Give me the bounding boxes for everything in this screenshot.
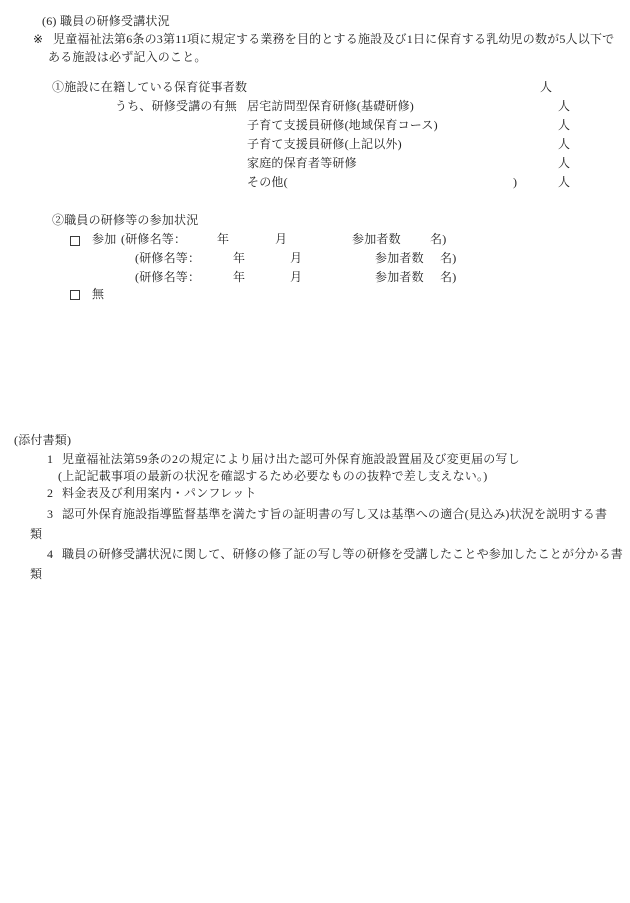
month-label: 月 (290, 271, 302, 284)
year-label: 年 (217, 233, 229, 246)
participant-count-suffix: 名) (440, 271, 456, 284)
attachment-item-text: 児童福祉法第59条の2の規定により届け出た認可外保育施設設置届及び変更届の写し (62, 453, 520, 466)
attachment-item-number: 4 (47, 548, 53, 561)
attend-label: 参加 (92, 233, 116, 246)
training-row-other-close-paren: ) (513, 176, 517, 189)
training-row-unit: 人 (558, 100, 570, 113)
training-row-unit: 人 (558, 176, 570, 189)
attachment-item-text-continued: (上記記載事項の最新の状況を確認するため必要なものの抜粋で差し支えない。) (58, 470, 487, 483)
training-row-unit: 人 (558, 157, 570, 170)
participant-count-label: 参加者数 (375, 271, 424, 284)
attachment-item-text: 職員の研修受講状況に関して、研修の修了証の写し等の研修を受講したことや参加したこ… (62, 548, 623, 561)
attachments-heading: (添付書類) (14, 434, 71, 447)
attachment-item-text-continued: 類 (30, 568, 42, 581)
none-label: 無 (92, 288, 104, 301)
training-row-unit: 人 (558, 119, 570, 132)
training-name-label: (研修名等： (121, 233, 186, 246)
attachment-item-text-continued: 類 (30, 528, 42, 541)
training-row-label-other: その他( (247, 176, 288, 189)
document-page: (6) 職員の研修受講状況 ※ 児童福祉法第6条の3第11項に規定する業務を目的… (0, 0, 630, 903)
participant-count-label: 参加者数 (352, 233, 401, 246)
staff-count-unit: 人 (540, 81, 552, 94)
attachment-item-number: 2 (47, 487, 53, 500)
training-row-label: 子育て支援員研修(上記以外) (247, 138, 402, 151)
year-label: 年 (233, 252, 245, 265)
note-line-2: ある施設は必ず記入のこと。 (48, 51, 207, 64)
training-row-label: 家庭的保育者等研修 (247, 157, 357, 170)
year-label: 年 (233, 271, 245, 284)
participation-label: ②職員の研修等の参加状況 (52, 214, 198, 227)
participant-count-label: 参加者数 (375, 252, 424, 265)
participant-count-suffix: 名) (440, 252, 456, 265)
training-row-label: 居宅訪問型保育研修(基礎研修) (247, 100, 414, 113)
attachment-item-text: 認可外保育施設指導監督基準を満たす旨の証明書の写し又は基準への適合(見込み)状況… (62, 508, 607, 521)
participant-count-suffix: 名) (430, 233, 446, 246)
attachment-item-number: 3 (47, 508, 53, 521)
training-name-label: (研修名等： (135, 252, 200, 265)
none-checkbox[interactable] (70, 290, 80, 300)
note-line-1: 児童福祉法第6条の3第11項に規定する業務を目的とする施設及び1日に保育する乳幼… (53, 33, 614, 46)
note-mark: ※ (33, 33, 43, 46)
attend-checkbox[interactable] (70, 236, 80, 246)
month-label: 月 (275, 233, 287, 246)
attachment-item-text: 料金表及び利用案内・パンフレット (62, 487, 257, 500)
month-label: 月 (290, 252, 302, 265)
training-name-label: (研修名等： (135, 271, 200, 284)
training-row-unit: 人 (558, 138, 570, 151)
section6-number: (6) (42, 15, 57, 28)
staff-count-label: ①施設に在籍している保育従事者数 (52, 81, 247, 94)
attachment-item-number: 1 (47, 453, 53, 466)
training-row-label: 子育て支援員研修(地域保育コース) (247, 119, 438, 132)
section6-title: 職員の研修受講状況 (60, 15, 170, 28)
training-status-label: うち、研修受講の有無 (115, 100, 237, 113)
